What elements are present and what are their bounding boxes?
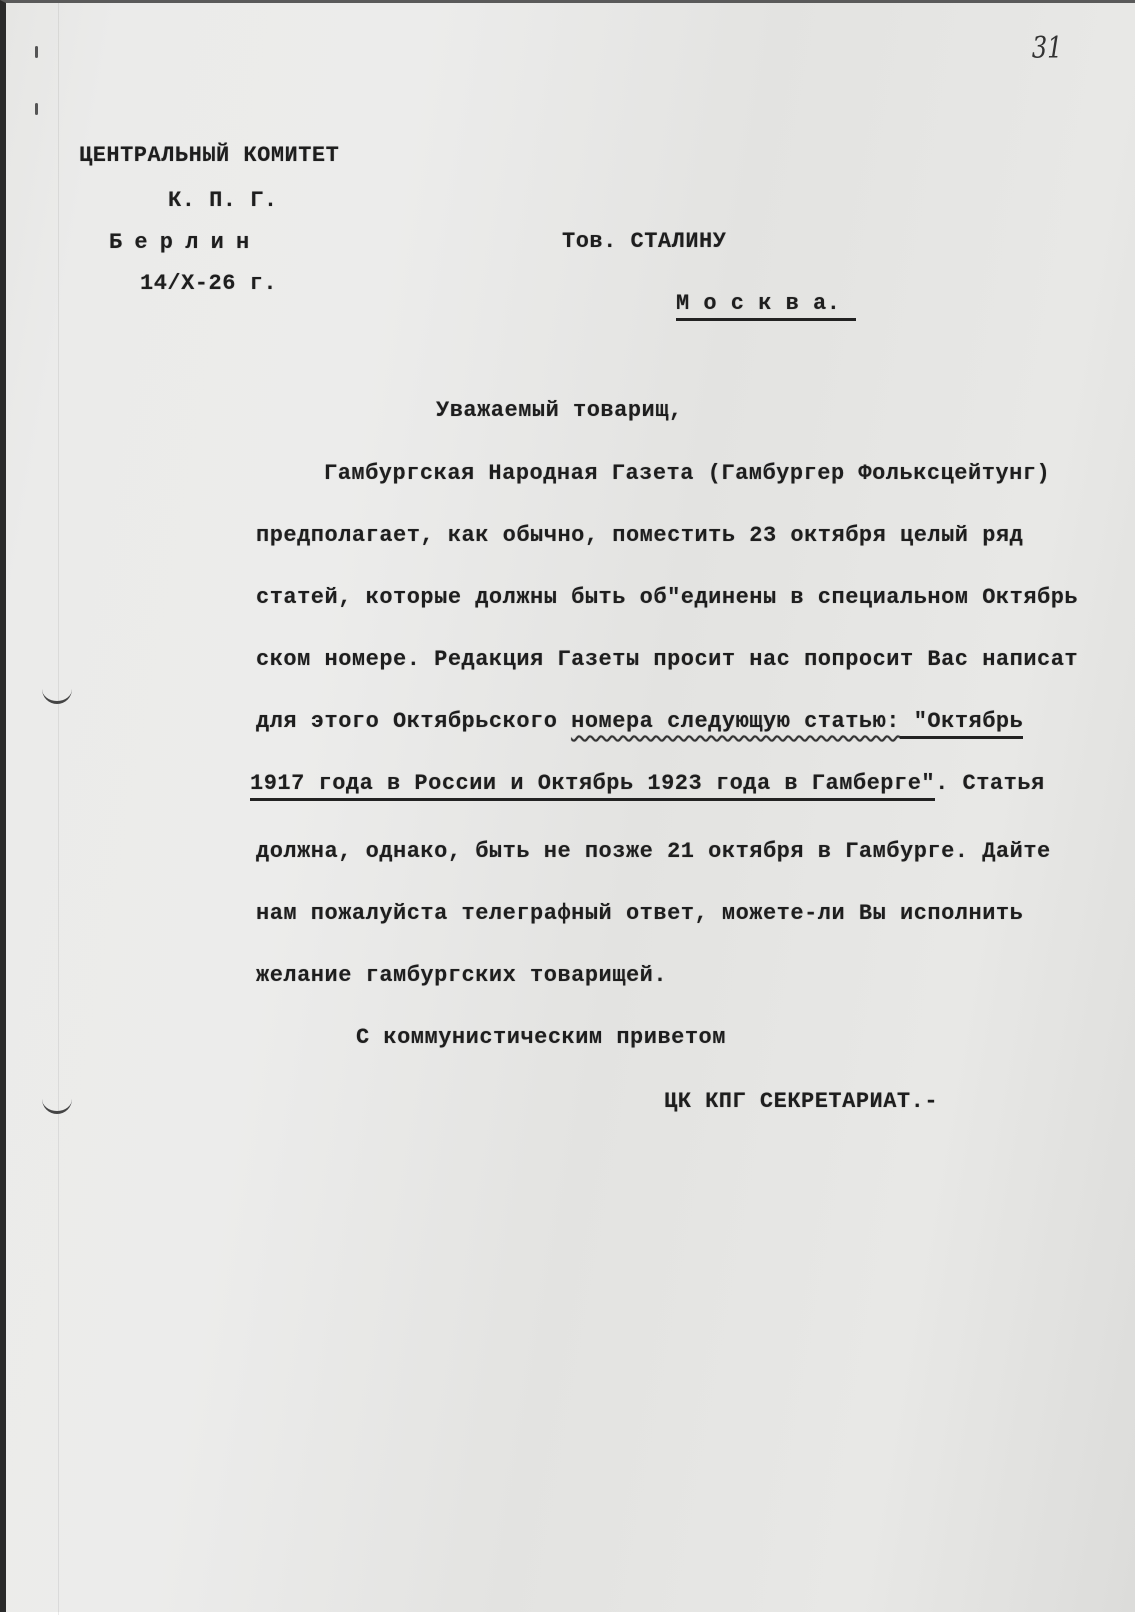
recipient-name: Тов. СТАЛИНУ [562,229,726,254]
document-page: 31 ЦЕНТРАЛЬНЫЙ КОМИТЕТ К. П. Г. Б е р л … [0,0,1135,1612]
sender-org: ЦЕНТРАЛЬНЫЙ КОМИТЕТ [79,143,339,168]
signature: ЦК КПГ СЕКРЕТАРИАТ.- [664,1089,938,1114]
body-line: 1917 года в России и Октябрь 1923 года в… [250,771,1045,796]
body-text: . Статья [935,771,1045,796]
page-number: 31 [1032,31,1063,66]
quote-start: "Октябрь [900,709,1023,739]
sender-city: Б е р л и н [109,230,250,255]
closing: С коммунистическим приветом [356,1025,726,1050]
body-line: нам пожалуйста телеграфный ответ, можете… [256,901,1023,926]
sender-party: К. П. Г. [168,188,278,213]
punch-hole-mark [42,686,72,704]
letter-date: 14/Х-26 г. [140,271,277,296]
body-line: должна, однако, быть не позже 21 октября… [256,839,1051,864]
salutation: Уважаемый товарищ, [436,398,683,423]
body-line: ском номере. Редакция Газеты просит нас … [256,647,1078,672]
body-text: для этого Октябрьского [256,709,571,734]
body-line: Гамбургская Народная Газета (Гамбургер Ф… [324,461,1050,486]
punch-hole-mark [42,1096,72,1114]
body-line: статей, которые должны быть об"единены в… [256,585,1078,610]
body-line: желание гамбургских товарищей. [256,963,667,988]
body-line: предполагает, как обычно, поместить 23 о… [256,523,1023,548]
body-line: для этого Октябрьского номера следующую … [256,709,1023,734]
recipient-city: М о с к в а. [676,291,856,321]
margin-mark [35,103,38,115]
page-fold-line [58,3,59,1615]
margin-mark [35,46,38,58]
article-title: 1917 года в России и Октябрь 1923 года в… [250,771,935,801]
underlined-phrase: номера следующую статью: [571,709,900,734]
